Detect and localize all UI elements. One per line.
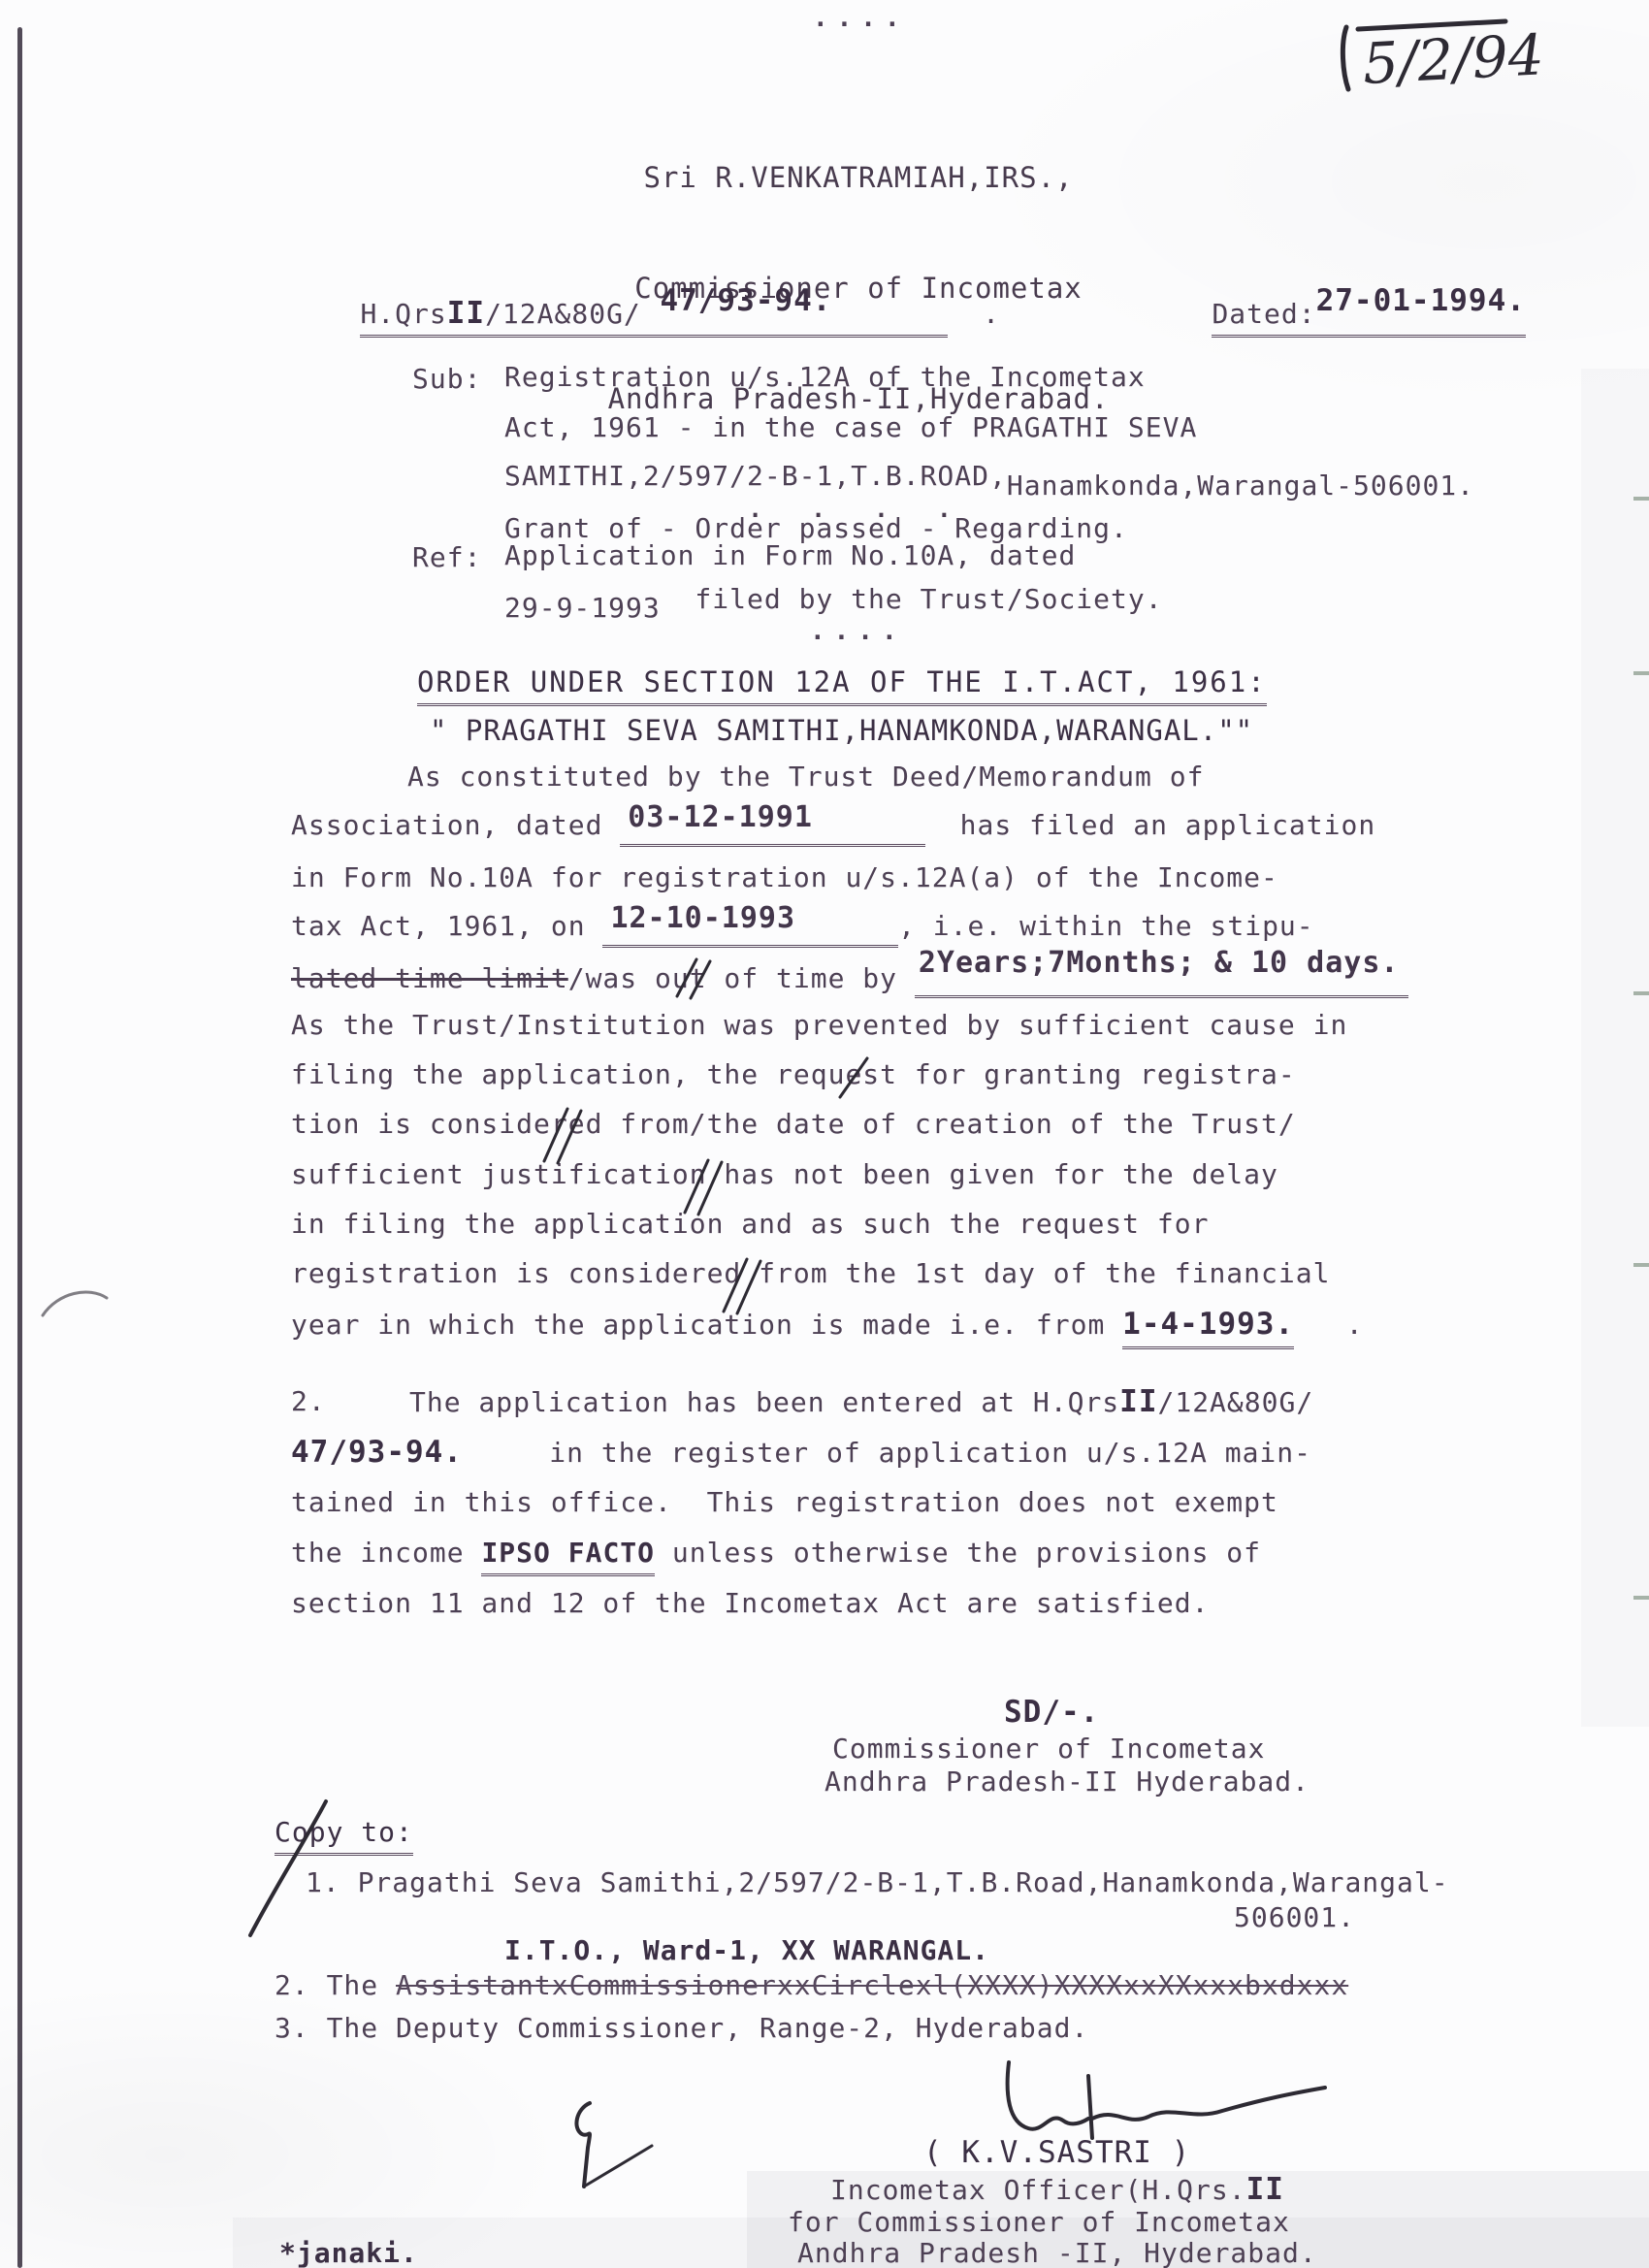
para1-line10: in filing the application and as such th… [291, 1208, 1209, 1241]
scanned-letter-page: .... 5/2/94 Sri R.VENKATRAMIAH,IRS., Com… [0, 0, 1649, 2268]
footer-line2: for Commissioner of Incometax [788, 2206, 1290, 2239]
para1-line2-pre: Association, dated [291, 809, 620, 841]
subject-line2: Act, 1961 - in the case of PRAGATHI SEVA [504, 411, 1197, 444]
correction-slash-marks [679, 1152, 737, 1230]
ref-roman: II [447, 296, 485, 331]
para2-line4: the income IPSO FACTO unless otherwise t… [291, 1537, 1261, 1570]
deed-date-blank: 03-12-1991 [620, 809, 925, 847]
filing-date-blank: 12-10-1993 [602, 910, 898, 948]
para2-roman: II [1119, 1384, 1157, 1419]
para1-line9: sufficient justification has not been gi… [291, 1158, 1278, 1191]
handwritten-paren-stroke [1342, 27, 1348, 89]
handwritten-initial-mark [543, 2086, 669, 2202]
correction-slash-mark [834, 1053, 892, 1111]
para1-line3: in Form No.10A for registration u/s.12A(… [291, 861, 1278, 894]
subject-label: Sub: [412, 363, 481, 396]
effective-date-value: 1-4-1993. [1122, 1307, 1294, 1349]
correction-slash-marks [718, 1251, 776, 1329]
officer-signature-scribble [980, 2047, 1348, 2144]
reference-line1: Application in Form No.10A, dated [504, 539, 1076, 572]
ref-prefix: H.Qrs [360, 298, 446, 330]
para1-line2: Association, dated 03-12-1991 has filed … [291, 809, 1375, 847]
copy-item2-insert: I.T.O., Ward-1, XX WARANGAL. [504, 1934, 989, 1967]
subject-line3-part2: Hanamkonda,Warangal-506001. [1007, 470, 1474, 502]
dated-line: Dated:27-01-1994. [1143, 264, 1526, 364]
para1-line6: As the Trust/Institution was prevented b… [291, 1009, 1347, 1042]
deed-date-value: 03-12-1991 [628, 801, 813, 834]
typist-note: *janaki. [279, 2237, 418, 2268]
file-reference-line: H.QrsII/12A&80G/ 47/93-94. . [291, 264, 1000, 364]
para1-line12-post: . [1294, 1309, 1363, 1341]
subject-line1: Registration u/s.12A of the Incometax [504, 361, 1146, 394]
filing-date-value: 12-10-1993 [610, 902, 795, 935]
correction-slash-marks [669, 956, 757, 1004]
handwritten-date-text: 5/2/94 [1361, 21, 1545, 97]
ref-number: 47/93-94. [641, 284, 832, 317]
signatory-title: Commissioner of Incometax [832, 1733, 1265, 1766]
copy-item2: 2. The AssistantxCommissionerxxCirclexl(… [275, 1969, 1348, 2002]
top-dots: .... [813, 4, 909, 33]
copy-item2-pre: 2. The [275, 1969, 396, 2001]
para1-line1: As constituted by the Trust Deed/Memoran… [407, 761, 1204, 794]
correction-slash-marks [538, 1101, 597, 1179]
para2-line1-pre: The application has been entered at H.Qr… [409, 1386, 1119, 1418]
para2-line4-post: unless otherwise the provisions of [655, 1537, 1261, 1569]
reference-date: 29-9-1993 [504, 592, 661, 624]
para1-line4: tax Act, 1961, on 12-10-1993, i.e. withi… [291, 910, 1314, 948]
copy-item3: 3. The Deputy Commissioner, Range-2, Hyd… [275, 2012, 1088, 2045]
subject-line3: SAMITHI,2/597/2-B-1,T.B.ROAD,Hanamkonda,… [504, 460, 1474, 493]
copy-item1-pincode: 506001. [1234, 1901, 1355, 1934]
copy-item1: 1. Pragathi Seva Samithi,2/597/2-B-1,T.B… [306, 1866, 1449, 1899]
ipso-facto-term: IPSO FACTO [481, 1537, 655, 1576]
order-heading-text: ORDER UNDER SECTION 12A OF THE I.T.ACT, … [417, 665, 1267, 706]
para2-line4-pre: the income [291, 1537, 481, 1569]
para1-line11: registration is considered from the 1st … [291, 1257, 1330, 1290]
pencil-arc-mark [29, 1271, 145, 1339]
copy-item2-struck-text: AssistantxCommissionerxxCirclexl(XXXX)XX… [396, 1969, 1348, 2001]
para1-line12: year in which the application is made i.… [291, 1308, 1364, 1342]
para2-line2-text: in the register of application u/s.12A m… [463, 1437, 1311, 1469]
footer-line1-pre: Incometax Officer(H.Qrs. [830, 2174, 1246, 2206]
para1-line5: lated time limit/was out of time by 2Yea… [291, 962, 1408, 998]
para2-line5: section 11 and 12 of the Incometax Act a… [291, 1587, 1209, 1620]
ref-trail-dot: . [948, 298, 1000, 330]
order-party-line: " PRAGATHI SEVA SAMITHI,HANAMKONDA,WARAN… [430, 714, 1253, 747]
subject-line3-part1: SAMITHI,2/597/2-B-1,T.B.ROAD, [504, 460, 1007, 492]
para1-line2-post: has filed an application [925, 809, 1375, 841]
handwritten-date: 5/2/94 [1319, 0, 1649, 107]
para1-line7: filing the application, the request for … [291, 1058, 1296, 1091]
dated-label: Dated: [1212, 298, 1315, 330]
para1-line12-pre: year in which the application is made i.… [291, 1309, 1122, 1341]
para1-line8: tion is considered from/the date of crea… [291, 1108, 1296, 1141]
para2-line2: 47/93-94. in the register of application… [291, 1436, 1311, 1470]
para2-line1: The application has been entered at H.Qr… [409, 1385, 1313, 1419]
para2-line3: tained in this office. This registration… [291, 1486, 1278, 1519]
sd-notation: SD/-. [1004, 1696, 1099, 1729]
dated-value: 27-01-1994. [1316, 284, 1526, 317]
para1-line4-pre: tax Act, 1961, on [291, 910, 602, 942]
scan-edge-line [17, 27, 22, 2268]
para2-line1-post: /12A&80G/ [1157, 1386, 1313, 1418]
ref-mid: /12A&80G/ [485, 298, 641, 330]
order-heading: ORDER UNDER SECTION 12A OF THE I.T.ACT, … [417, 665, 1267, 698]
struck-time-limit: lated time limit [291, 962, 568, 994]
footer-line3: Andhra Pradesh -II, Hyderabad. [797, 2237, 1317, 2268]
reference-line2-text: filed by the Trust/Society. [661, 583, 1163, 616]
scan-shade-right [1581, 369, 1649, 1727]
footer-signatory-name: ( K.V.SASTRI ) [923, 2136, 1190, 2169]
para1-line4-post: , i.e. within the stipu- [898, 910, 1314, 942]
delay-duration-value: 2Years;7Months; & 10 days. [919, 947, 1400, 980]
para2-file-number: 47/93-94. [291, 1435, 463, 1470]
delay-duration-insert: 2Years;7Months; & 10 days. [915, 962, 1409, 998]
footer-line1: Incometax Officer(H.Qrs.II [830, 2173, 1284, 2207]
letterhead-name: Sri R.VENKATRAMIAH,IRS., [524, 159, 1193, 196]
signatory-region: Andhra Pradesh-II Hyderabad. [824, 1766, 1309, 1798]
reference-label: Ref: [412, 541, 481, 574]
footer-roman: II [1246, 2172, 1284, 2207]
para2-number: 2. [291, 1385, 326, 1418]
reference-dots: .... [810, 617, 906, 646]
